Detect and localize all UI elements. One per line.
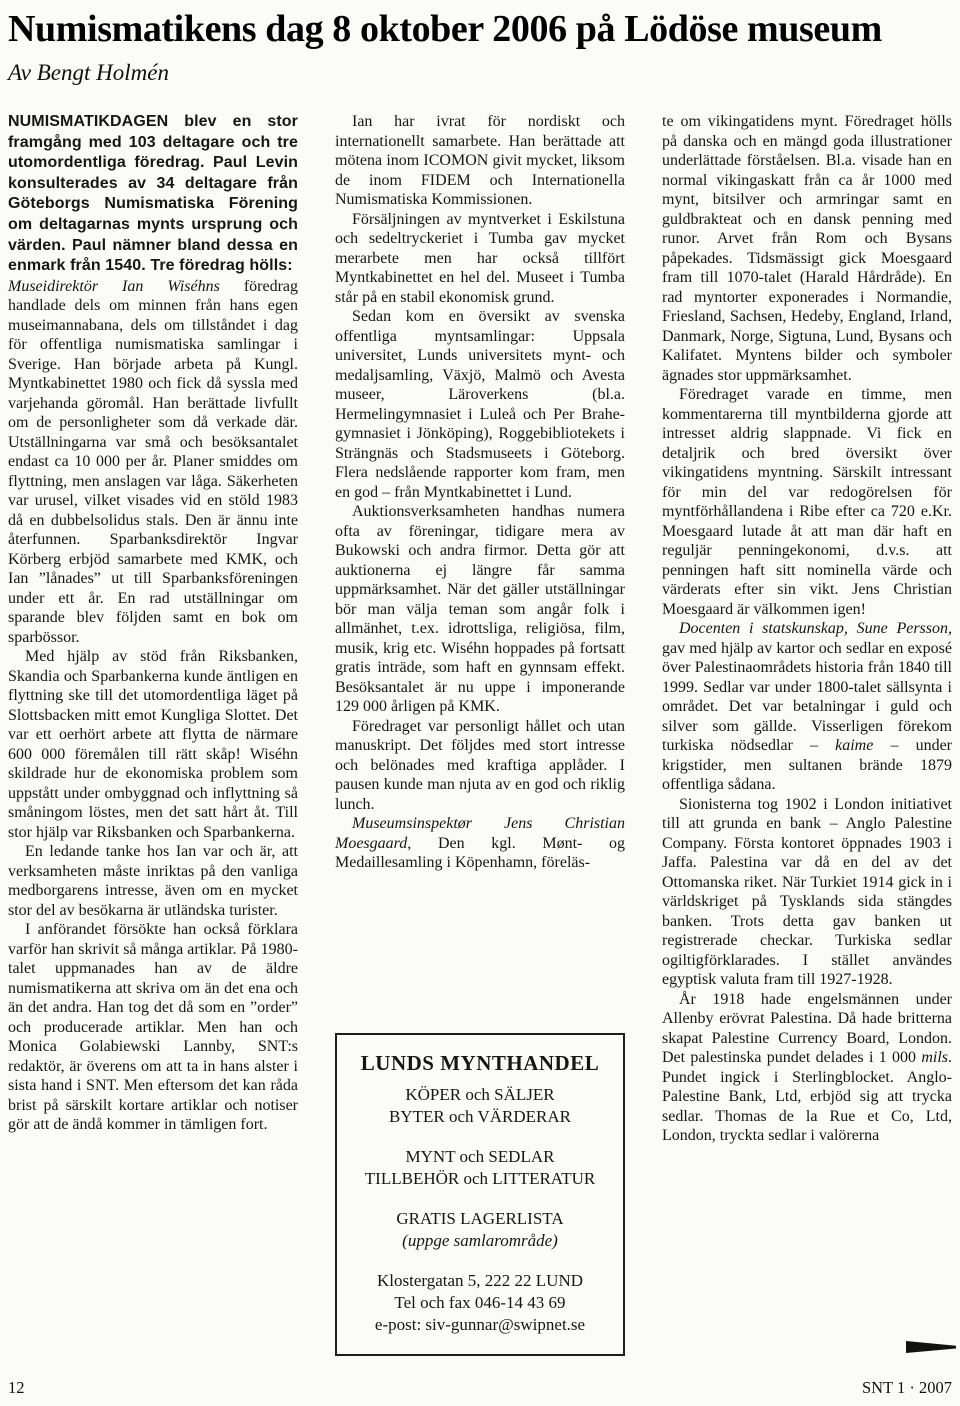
article-title: Numismatikens dag 8 oktober 2006 på Lödö…: [8, 8, 952, 51]
ad-title: LUNDS MYNTHANDEL: [337, 1050, 623, 1076]
text-run: Med hjälp av stöd från Riksbanken, Skand…: [8, 648, 298, 841]
column-middle: Ian har ivrat för nordiskt och internati…: [335, 112, 625, 1146]
paragraph: Föredraget var personligt hållet och uta…: [335, 717, 625, 815]
paragraph: Museumsinspektør Jens Christian Moesgaar…: [335, 814, 625, 873]
lead-paragraph: NUMISMATIKDAGEN blev en stor framgång me…: [8, 112, 298, 277]
text-run: Sedan kom en översikt av svenska offentl…: [335, 308, 625, 501]
ad-line: TILLBEHÖR och LITTERATUR: [337, 1168, 623, 1190]
text-run: NUMISMATIKDAGEN blev en stor framgång me…: [8, 113, 298, 274]
paragraph: Sionisterna tog 1902 i London initiative…: [662, 795, 952, 990]
column-right: te om vikingatidens mynt. Föredraget höl…: [662, 112, 952, 1146]
text-run: Sionisterna tog 1902 i London initiative…: [662, 796, 952, 989]
paragraph: Auktionsverksamheten handhas numera ofta…: [335, 502, 625, 717]
text-run: föredrag handlade dels om minnen från ha…: [8, 278, 298, 646]
continuation-arrow-icon: [906, 1341, 956, 1353]
ad-line: GRATIS LAGERLISTA: [337, 1208, 623, 1230]
italic-text-run: mils: [921, 1049, 948, 1066]
text-run: En ledande tanke hos Ian var och är, att…: [8, 843, 298, 919]
text-run: Ian har ivrat för nordiskt och internati…: [335, 113, 625, 208]
paragraph: Ian har ivrat för nordiskt och internati…: [335, 112, 625, 210]
paragraph: En ledande tanke hos Ian var och är, att…: [8, 842, 298, 920]
ad-line: MYNT och SEDLAR: [337, 1146, 623, 1168]
paragraph: Föredraget varade en timme, men kommenta…: [662, 385, 952, 619]
article-header: Numismatikens dag 8 oktober 2006 på Lödö…: [0, 0, 960, 85]
text-run: Försäljningen av myntverket i Eskilstuna…: [335, 211, 625, 306]
ad-line: Klostergatan 5, 222 22 LUND: [337, 1270, 623, 1292]
paragraph: te om vikingatidens mynt. Föredraget höl…: [662, 112, 952, 385]
page-footer: 12 SNT 1 · 2007: [8, 1378, 952, 1398]
text-run: Föredraget varade en timme, men kommenta…: [662, 386, 952, 618]
text-run: I anförandet försökte han också förklara…: [8, 921, 298, 1133]
ad-box-lunds-mynthandel: LUNDS MYNTHANDELKÖPER och SÄLJERBYTER oc…: [335, 1033, 625, 1356]
italic-text-run: kaime: [835, 737, 873, 754]
article-columns: NUMISMATIKDAGEN blev en stor framgång me…: [8, 112, 952, 1146]
paragraph: I anförandet försökte han också förklara…: [8, 920, 298, 1135]
text-run: Auktionsverksamheten handhas numera ofta…: [335, 503, 625, 715]
paragraph: Sedan kom en översikt av svenska offentl…: [335, 307, 625, 502]
magazine-page: Numismatikens dag 8 oktober 2006 på Lödö…: [0, 0, 960, 1406]
paragraph: Museidirektör Ian Wiséhns föredrag handl…: [8, 277, 298, 648]
issue-label: SNT 1 · 2007: [862, 1378, 952, 1398]
paragraph: Docenten i statskunskap, Sune Persson, g…: [662, 619, 952, 795]
page-number: 12: [8, 1378, 25, 1398]
text-run: Föredraget var personligt hållet och uta…: [335, 718, 625, 813]
text-run: te om vikingatidens mynt. Föredraget höl…: [662, 113, 952, 384]
text-run: År 1918 hade engelsmännen under Allenby …: [662, 991, 952, 1067]
ad-line: KÖPER och SÄLJER: [337, 1084, 623, 1106]
italic-text-run: Docenten i statskunskap, Sune Persson,: [679, 620, 952, 637]
paragraph: Försäljningen av myntverket i Eskilstuna…: [335, 210, 625, 308]
ad-line: Tel och fax 046-14 43 69: [337, 1292, 623, 1314]
paragraph: År 1918 hade engelsmännen under Allenby …: [662, 990, 952, 1146]
ad-line: BYTER och VÄRDERAR: [337, 1106, 623, 1128]
ad-line: e-post: siv-gunnar@swipnet.se: [337, 1314, 623, 1336]
column-left: NUMISMATIKDAGEN blev en stor framgång me…: [8, 112, 298, 1146]
article-byline: Av Bengt Holmén: [8, 60, 952, 85]
ad-line: (uppge samlarområde): [337, 1230, 623, 1252]
paragraph: Med hjälp av stöd från Riksbanken, Skand…: [8, 647, 298, 842]
italic-text-run: Museidirektör Ian Wiséhns: [8, 278, 244, 295]
